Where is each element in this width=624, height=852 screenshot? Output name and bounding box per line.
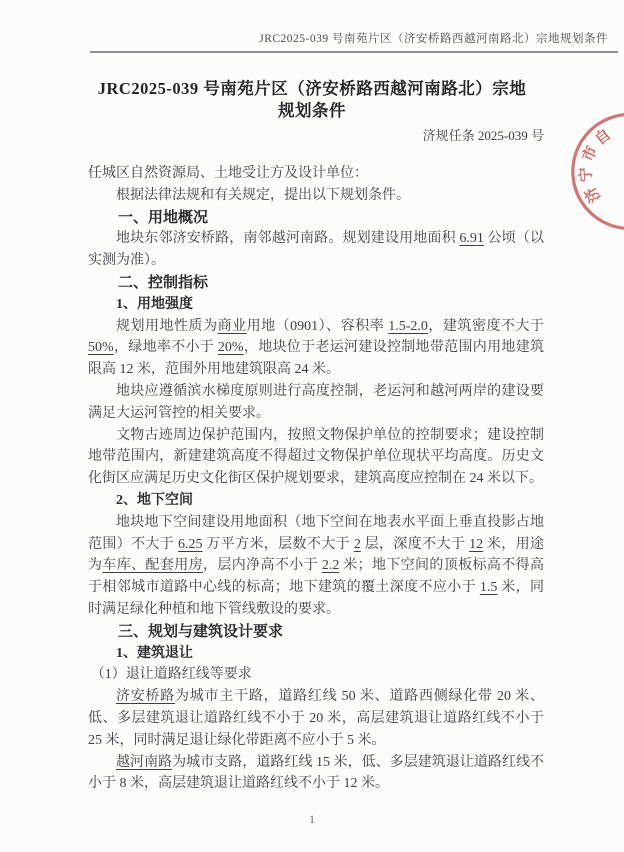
underlined-value: 1.5-2.0 xyxy=(388,319,428,334)
underlined-value: 12 xyxy=(469,537,483,552)
scanned-document-page: JRC2025-039 号南苑片区（济安桥路西越河南路北）宗地规划条件 JRC2… xyxy=(0,0,624,852)
paragraph-land-intensity: 规划用地性质为商业用地（0901）、容积率 1.5-2.0，建筑密度不大于 50… xyxy=(88,316,544,381)
section-heading-design-requirements: 三、规划与建筑设计要求 xyxy=(88,621,544,643)
subheading-underground-space: 2、地下空间 xyxy=(88,490,544,512)
text-run: 1、建筑退让 xyxy=(116,646,193,661)
subheading-land-intensity: 1、用地强度 xyxy=(88,294,544,316)
text-run: 一、用地概况 xyxy=(118,209,208,226)
underlined-value: 6.91 xyxy=(459,231,484,246)
document-body: 任城区自然资源局、土地受让方及设计单位： 根据法律法规和有关规定，提出以下规划条… xyxy=(0,163,624,795)
section-heading-control-indicators: 二、控制指标 xyxy=(88,272,544,294)
intro-paragraph: 根据法律法规和有关规定，提出以下规划条件。 xyxy=(88,185,544,207)
document-reference-number: 济规任条 2025-039 号 xyxy=(0,125,624,144)
paragraph-land-overview: 地块东邻济安桥路，南邻越河南路。规划建设用地面积 6.91 公顷（以实测为准）。 xyxy=(88,228,544,272)
text-run: 文物古迹周边保护范围内，按照文物保护单位的控制要求；建设控制地带范围内，新建建筑… xyxy=(88,428,544,487)
text-run: 地块应遵循滨水梯度原则进行高度控制，老运河和越河两岸的建设要满足大运河管控的相关… xyxy=(88,384,544,421)
underlined-value: 2 xyxy=(354,537,361,552)
text-run: 任城区自然资源局、土地受让方及设计单位： xyxy=(88,166,368,181)
underlined-value: 6.25 xyxy=(178,537,203,552)
text-run: 万平方米，层数不大于 xyxy=(203,537,354,552)
text-run: ，绿地率不小于 xyxy=(114,340,218,355)
subheading-building-setback: 1、建筑退让 xyxy=(88,643,544,665)
text-run: 三、规划与建筑设计要求 xyxy=(118,623,283,640)
section-heading-land-overview: 一、用地概况 xyxy=(88,207,544,229)
document-title-line1: JRC2025-039 号南苑片区（济安桥路西越河南路北）宗地 xyxy=(60,78,564,100)
running-header-title: JRC2025-039 号南苑片区（济安桥路西越河南路北）宗地规划条件 xyxy=(259,30,608,46)
paragraph-yuehe-road-setback: 越河南路为城市支路，道路红线 15 米，低、多层建筑退让道路红线不小于 8 米，… xyxy=(88,752,544,796)
underlined-value: 济安桥路 xyxy=(116,689,175,704)
document-title: JRC2025-039 号南苑片区（济安桥路西越河南路北）宗地 规划条件 xyxy=(0,78,624,122)
underlined-value: 车库、配套用房 xyxy=(102,558,203,573)
text-run: 根据法律法规和有关规定，提出以下规划条件。 xyxy=(116,188,410,203)
page-number: 1 xyxy=(0,814,624,826)
text-run: 二、控制指标 xyxy=(118,274,208,291)
text-run: 1、用地强度 xyxy=(116,297,193,312)
text-run: ，层内净高不小于 xyxy=(203,558,322,573)
text-run: 用地（0901）、容积率 xyxy=(247,319,389,334)
paragraph-jianqiao-road-setback: 济安桥路为城市主干路，道路红线 50 米、道路西侧绿化带 20 米、低、多层建筑… xyxy=(88,686,544,751)
document-title-line2: 规划条件 xyxy=(60,100,564,122)
text-run: 规划用地性质为 xyxy=(116,319,218,334)
seal-character: 市 xyxy=(578,143,601,164)
text-run: 地块东邻济安桥路，南邻越河南路。规划建设用地面积 xyxy=(116,231,459,246)
paragraph-heritage-protection: 文物古迹周边保护范围内，按照文物保护单位的控制要求；建设控制地带范围内，新建建筑… xyxy=(88,425,544,490)
salutation-line: 任城区自然资源局、土地受让方及设计单位： xyxy=(88,163,544,185)
text-run: 2、地下空间 xyxy=(116,493,193,508)
paragraph-waterfront-height: 地块应遵循滨水梯度原则进行高度控制，老运河和越河两岸的建设要满足大运河管控的相关… xyxy=(88,381,544,425)
underlined-value: 50% xyxy=(88,340,114,355)
header-divider-rule xyxy=(90,51,618,53)
underlined-value: 商业 xyxy=(218,319,247,334)
subitem-road-redline-requirements: （1）退让道路红线等要求 xyxy=(88,664,544,686)
text-run: （1）退让道路红线等要求 xyxy=(91,667,252,682)
underlined-value: 越河南路 xyxy=(116,755,172,770)
underlined-value: 20% xyxy=(218,340,244,355)
text-run: 层，深度不大于 xyxy=(361,537,469,552)
underlined-value: 1.5 xyxy=(480,580,498,595)
text-run: ，建筑密度不大于 xyxy=(428,319,544,334)
underlined-value: 2.2 xyxy=(322,558,340,573)
paragraph-underground-space: 地块地下空间建设用地面积（地下空间在地表水平面上垂直投影占地范围）不大于 6.2… xyxy=(88,512,544,621)
